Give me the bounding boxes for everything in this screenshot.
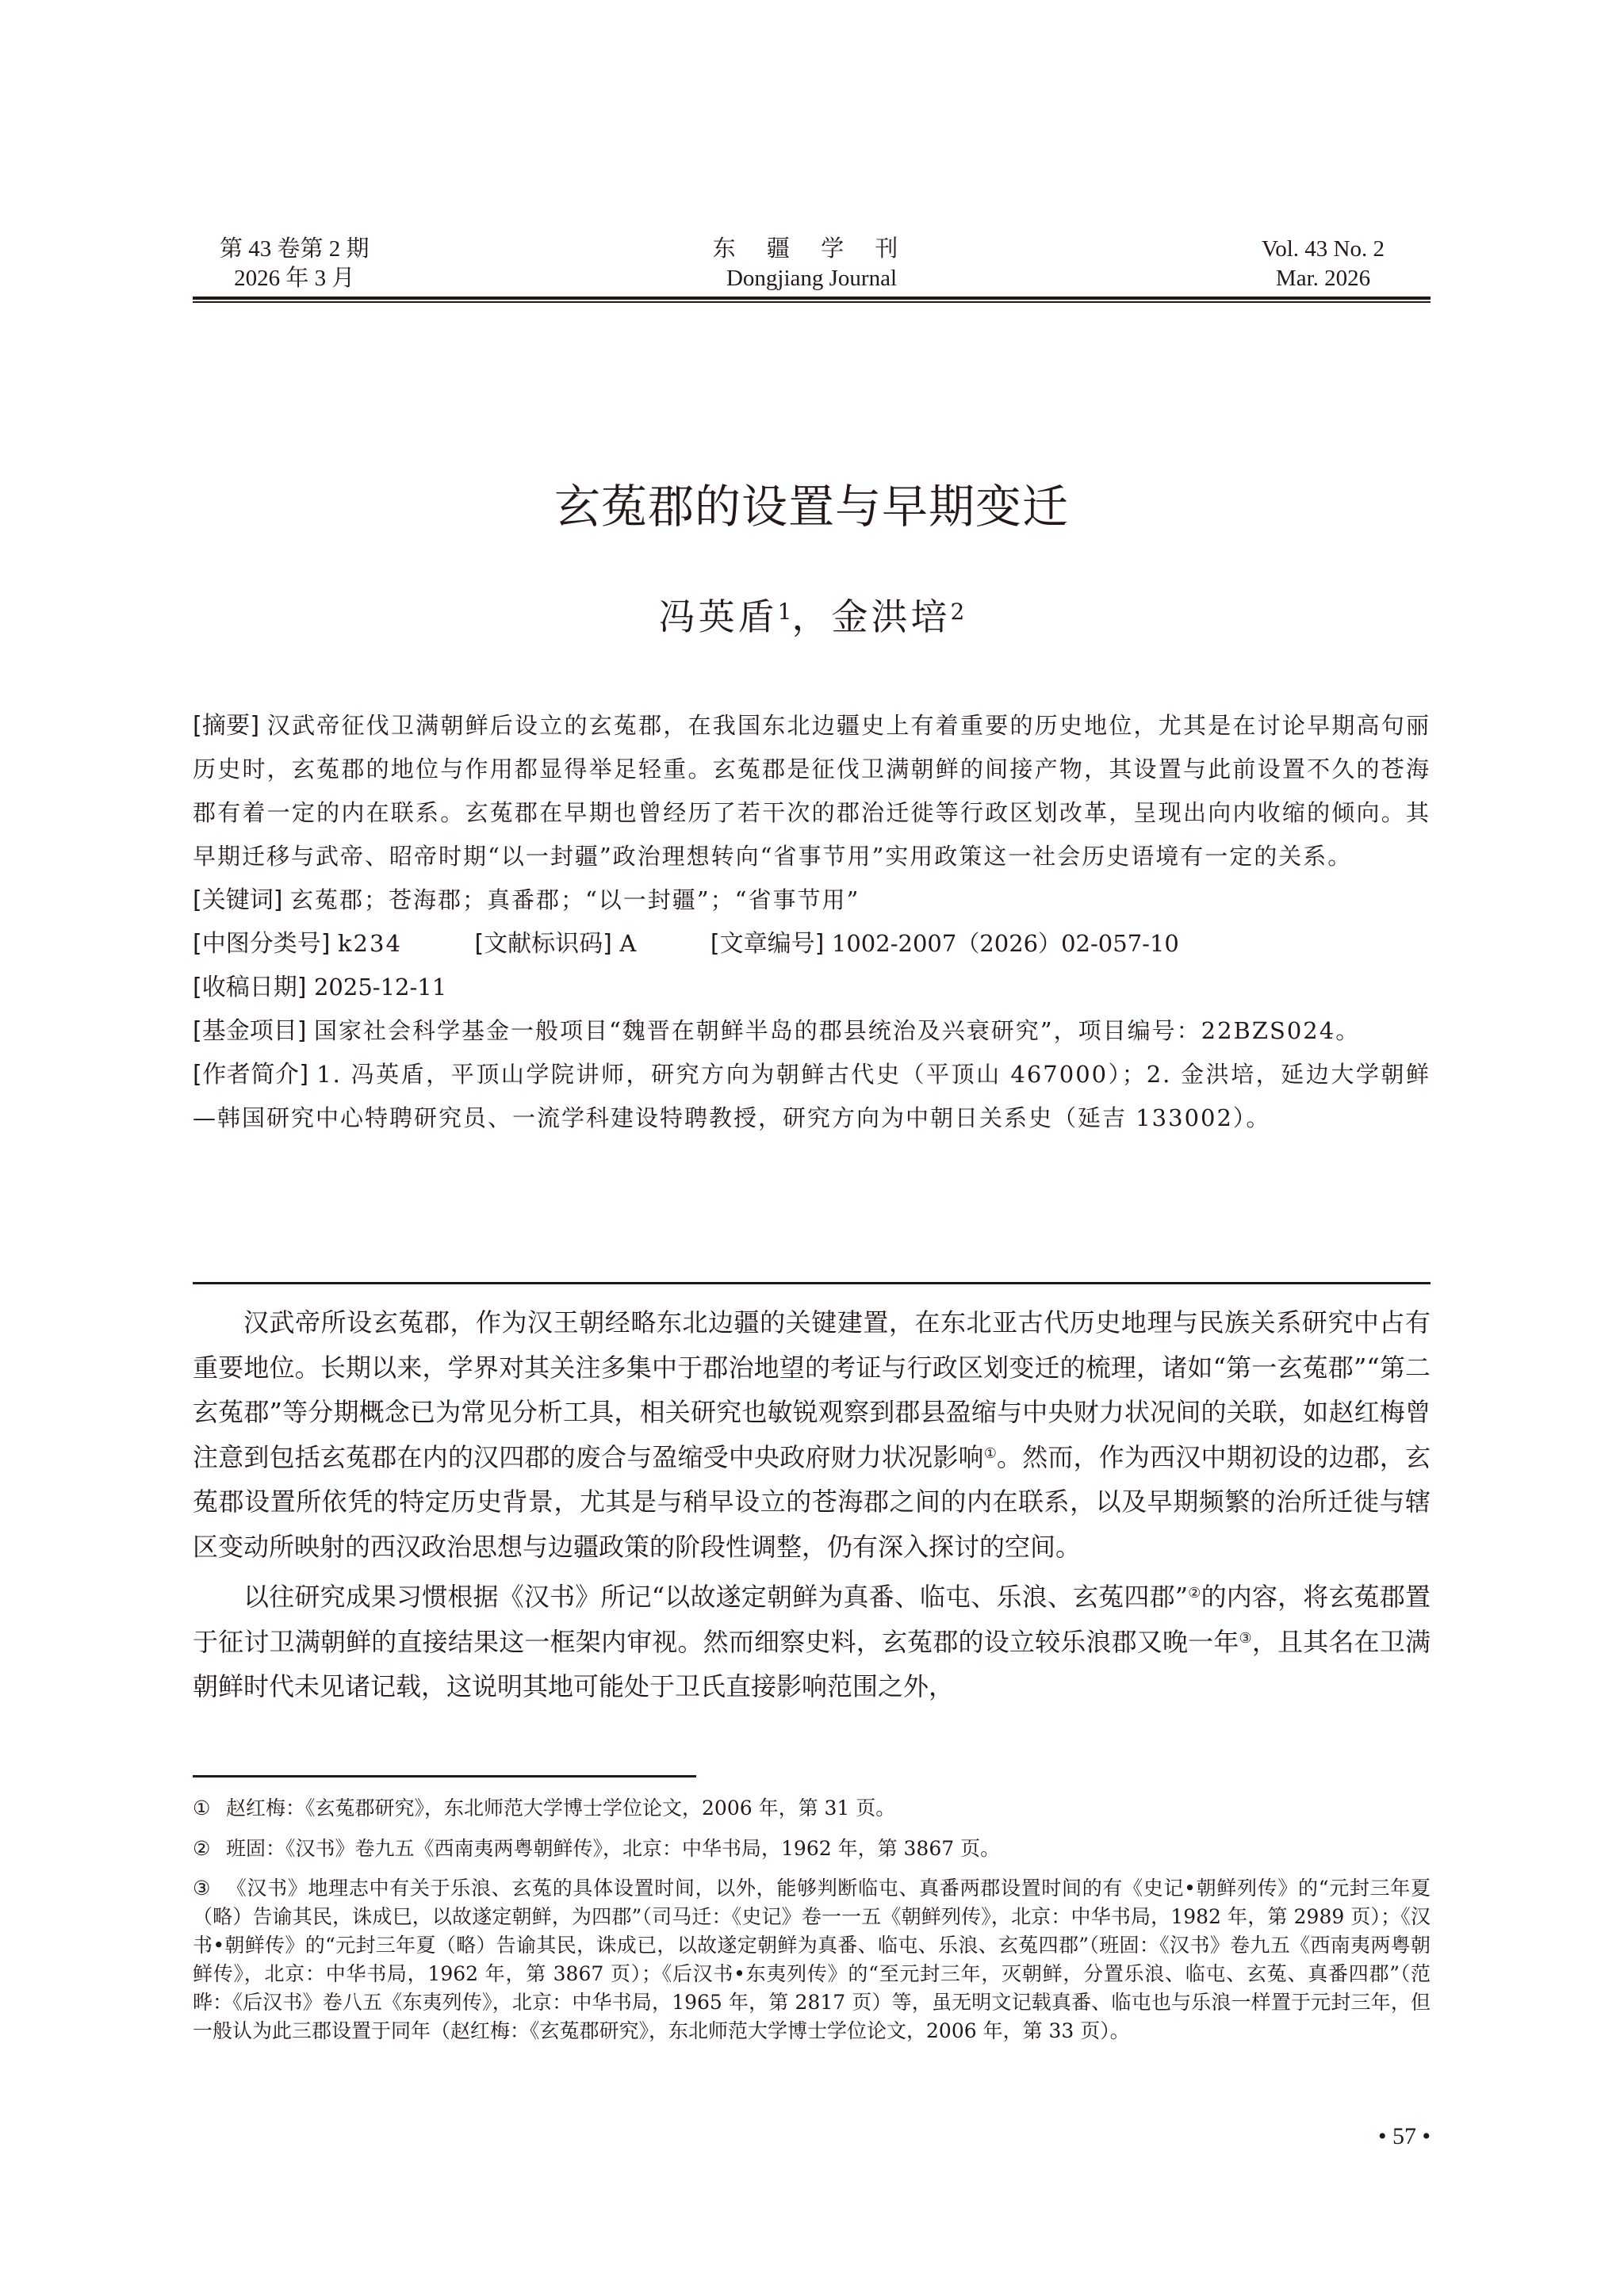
clc-value: k234 bbox=[338, 930, 402, 957]
running-header: 第 43 卷第 2 期 2026 年 3 月 东 疆 学 刊 Dongjiang… bbox=[193, 235, 1431, 298]
footnote-divider bbox=[193, 1775, 696, 1777]
header-journal-name: 东 疆 学 刊 Dongjiang Journal bbox=[193, 235, 1431, 293]
author-line: 冯英盾1，金洪培2 bbox=[193, 593, 1431, 641]
author-separator: ， bbox=[792, 595, 832, 638]
author-name: 金洪培 bbox=[832, 595, 951, 638]
footnote-ref[interactable]: ② bbox=[1188, 1585, 1201, 1601]
received-value: 2025-12-11 bbox=[314, 974, 446, 1001]
doc-code-value: A bbox=[619, 930, 638, 957]
clc-label: [中图分类号] bbox=[193, 930, 330, 958]
journal-name-zh: 东 疆 学 刊 bbox=[193, 235, 1431, 264]
footnote-ref[interactable]: ① bbox=[984, 1445, 997, 1462]
author-affil-mark: 2 bbox=[951, 599, 965, 625]
fund-text: 国家社会科学基金一般项目“魏晋在朝鲜半岛的郡县统治及兴衰研究”，项目编号：22B… bbox=[314, 1017, 1360, 1044]
footnote-text: 班固：《汉书》卷九五《西南夷两粤朝鲜传》，北京：中华书局，1962 年，第 38… bbox=[226, 1837, 1000, 1860]
abstract-divider bbox=[193, 1282, 1431, 1284]
page-number: • 57 • bbox=[1272, 2123, 1431, 2150]
header-rule-thin bbox=[193, 301, 1431, 303]
received-label: [收稿日期] bbox=[193, 974, 306, 1001]
footnote: ③《汉书》地理志中有关于乐浪、玄菟的具体设置时间，以外，能够判断临屯、真番两郡设… bbox=[193, 1874, 1431, 2045]
journal-name-en: Dongjiang Journal bbox=[193, 264, 1431, 293]
header-vol-no: Vol. 43 No. 2 bbox=[1262, 235, 1385, 264]
paragraph-text: 以往研究成果习惯根据《汉书》所记“以故遂定朝鲜为真番、临屯、乐浪、玄菟四郡” bbox=[243, 1582, 1188, 1612]
doc-code-label: [文献标识码] bbox=[474, 930, 611, 958]
footnote: ②班固：《汉书》卷九五《西南夷两粤朝鲜传》，北京：中华书局，1962 年，第 3… bbox=[193, 1834, 1431, 1864]
fund-project: [基金项目] 国家社会科学基金一般项目“魏晋在朝鲜半岛的郡县统治及兴衰研究”，项… bbox=[193, 1009, 1431, 1053]
header-double-rule bbox=[193, 297, 1431, 303]
header-date-en: Mar. 2026 bbox=[1262, 264, 1385, 293]
footnote-mark: ② bbox=[193, 1834, 226, 1864]
body-paragraph: 汉武帝所设玄菟郡，作为汉王朝经略东北边疆的关键建置，在东北亚古代历史地理与民族关… bbox=[193, 1300, 1431, 1569]
abstract-text: 汉武帝征伐卫满朝鲜后设立的玄菟郡，在我国东北边疆史上有着重要的历史地位，尤其是在… bbox=[193, 712, 1431, 870]
author-bio-text: 1. 冯英盾，平顶山学院讲师，研究方向为朝鲜古代史（平顶山 467000）；2.… bbox=[193, 1061, 1431, 1131]
received-date: [收稿日期] 2025-12-11 bbox=[193, 966, 1431, 1009]
footnote: ①赵红梅：《玄菟郡研究》，东北师范大学博士学位论文，2006 年，第 31 页。 bbox=[193, 1793, 1431, 1823]
header-rule-thick bbox=[193, 297, 1431, 300]
article-metadata: [摘要] 汉武帝征伐卫满朝鲜后设立的玄菟郡，在我国东北边疆史上有着重要的历史地位… bbox=[193, 704, 1431, 1140]
footnote-text: 《汉书》地理志中有关于乐浪、玄菟的具体设置时间，以外，能够判断临屯、真番两郡设置… bbox=[193, 1877, 1431, 2042]
fund-label: [基金项目] bbox=[193, 1017, 306, 1045]
keywords: [关键词] 玄菟郡；苍海郡；真番郡；“以一封疆”；“省事节用” bbox=[193, 878, 1431, 922]
footnote-text: 赵红梅：《玄菟郡研究》，东北师范大学博士学位论文，2006 年，第 31 页。 bbox=[226, 1797, 895, 1820]
keywords-label: [关键词] bbox=[193, 886, 282, 914]
footnote-mark: ① bbox=[193, 1793, 226, 1823]
author-bio: [作者简介] 1. 冯英盾，平顶山学院讲师，研究方向为朝鲜古代史（平顶山 467… bbox=[193, 1053, 1431, 1140]
article-body: 汉武帝所设玄菟郡，作为汉王朝经略东北边疆的关键建置，在东北亚古代历史地理与民族关… bbox=[193, 1300, 1431, 1709]
abstract-label: [摘要] bbox=[193, 712, 259, 740]
article-no-label: [文章编号] bbox=[710, 930, 824, 958]
journal-page: 第 43 卷第 2 期 2026 年 3 月 东 疆 学 刊 Dongjiang… bbox=[193, 0, 1431, 2296]
footnote-mark: ③ bbox=[193, 1874, 226, 1903]
article-no-value: 1002-2007（2026）02-057-10 bbox=[832, 930, 1179, 957]
keywords-text: 玄菟郡；苍海郡；真番郡；“以一封疆”；“省事节用” bbox=[290, 886, 860, 913]
author-affil-mark: 1 bbox=[778, 599, 792, 625]
footnotes: ①赵红梅：《玄菟郡研究》，东北师范大学博士学位论文，2006 年，第 31 页。… bbox=[193, 1793, 1431, 2045]
author-bio-label: [作者简介] bbox=[193, 1061, 308, 1089]
article-title: 玄菟郡的设置与早期变迁 bbox=[193, 479, 1431, 534]
author-name: 冯英盾 bbox=[659, 595, 778, 638]
header-volume-en: Vol. 43 No. 2 Mar. 2026 bbox=[1262, 235, 1385, 293]
body-paragraph: 以往研究成果习惯根据《汉书》所记“以故遂定朝鲜为真番、临屯、乐浪、玄菟四郡”②的… bbox=[193, 1575, 1431, 1709]
classification-row: [中图分类号] k234 [文献标识码] A [文章编号] 1002-2007（… bbox=[193, 922, 1431, 966]
footnote-ref[interactable]: ③ bbox=[1239, 1630, 1252, 1647]
abstract: [摘要] 汉武帝征伐卫满朝鲜后设立的玄菟郡，在我国东北边疆史上有着重要的历史地位… bbox=[193, 704, 1431, 878]
